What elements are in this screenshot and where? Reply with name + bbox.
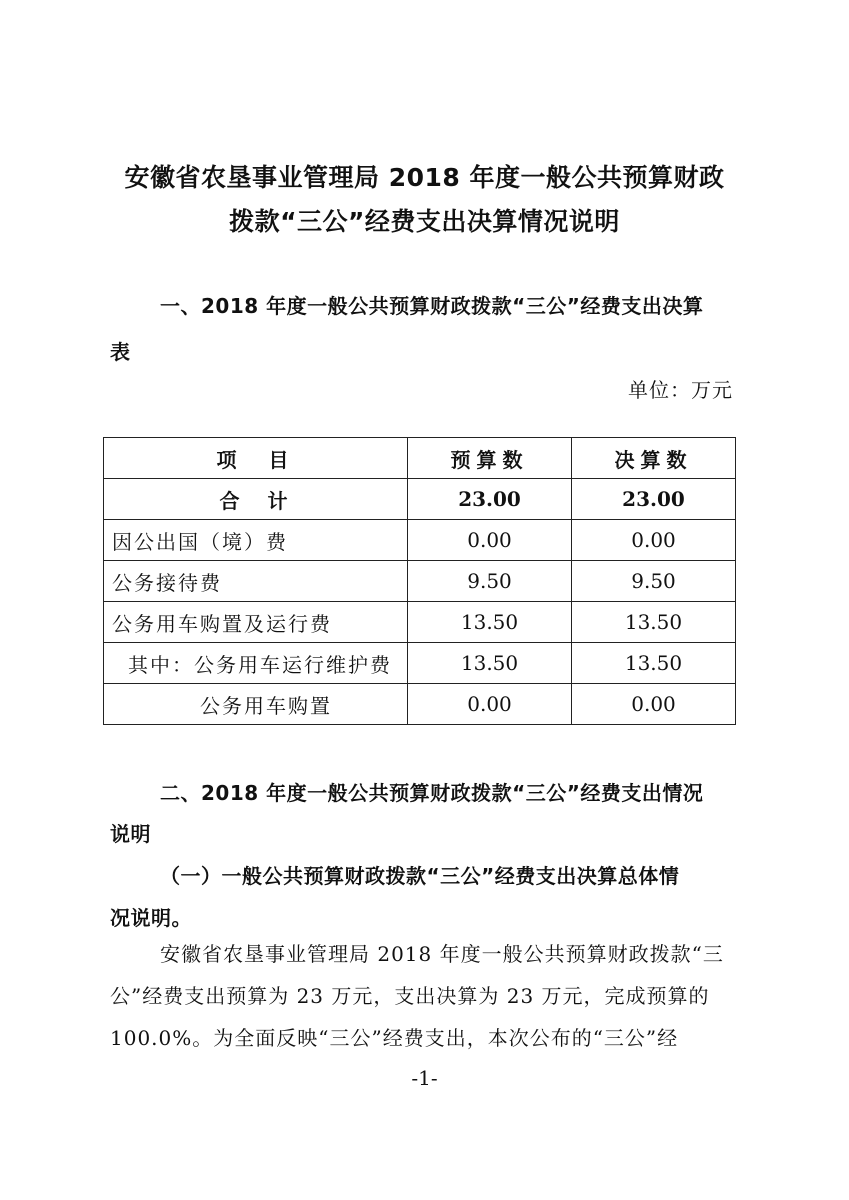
section1-heading-line2: 表 xyxy=(110,336,131,365)
header-actual: 决算数 xyxy=(572,438,736,479)
section1-heading-line1: 一、2018 年度一般公共预算财政拨款“三公”经费支出决算 xyxy=(160,290,703,319)
cell-actual: 23.00 xyxy=(572,479,736,520)
unit-label: 单位：万元 xyxy=(628,374,733,403)
cell-budget: 0.00 xyxy=(408,520,572,561)
cell-budget: 9.50 xyxy=(408,561,572,602)
section2-heading-line2: 说明 xyxy=(110,818,151,847)
paragraph-line2: 公”经费支出预算为 23 万元，支出决算为 23 万元，完成预算的 xyxy=(110,980,710,1009)
cell-item: 公务用车购置及运行费 xyxy=(104,602,408,643)
cell-budget: 0.00 xyxy=(408,684,572,725)
document-title-line1: 安徽省农垦事业管理局 2018 年度一般公共预算财政 xyxy=(0,158,849,194)
header-item: 项 目 xyxy=(104,438,408,479)
paragraph-line1: 安徽省农垦事业管理局 2018 年度一般公共预算财政拨款“三 xyxy=(160,938,724,967)
subsection1-heading-line1: （一）一般公共预算财政拨款“三公”经费支出决算总体情 xyxy=(160,860,679,889)
budget-table: 项 目 预算数 决算数 合 计 23.00 23.00 因公出国（境）费 0.0… xyxy=(103,437,736,725)
page-number: -1- xyxy=(0,1066,849,1090)
cell-budget: 13.50 xyxy=(408,602,572,643)
table-header-row: 项 目 预算数 决算数 xyxy=(104,438,736,479)
cell-item: 合 计 xyxy=(104,479,408,520)
table-row: 因公出国（境）费 0.00 0.00 xyxy=(104,520,736,561)
cell-actual: 13.50 xyxy=(572,643,736,684)
table-row-total: 合 计 23.00 23.00 xyxy=(104,479,736,520)
table-row: 公务用车购置及运行费 13.50 13.50 xyxy=(104,602,736,643)
cell-budget: 23.00 xyxy=(408,479,572,520)
cell-actual: 13.50 xyxy=(572,602,736,643)
subsection1-heading-line2: 况说明。 xyxy=(110,902,192,931)
cell-item: 其中：公务用车运行维护费 xyxy=(104,643,408,684)
table-row: 公务接待费 9.50 9.50 xyxy=(104,561,736,602)
cell-actual: 0.00 xyxy=(572,684,736,725)
cell-item: 公务接待费 xyxy=(104,561,408,602)
section2-heading-line1: 二、2018 年度一般公共预算财政拨款“三公”经费支出情况 xyxy=(160,777,703,806)
cell-actual: 9.50 xyxy=(572,561,736,602)
table-row: 其中：公务用车运行维护费 13.50 13.50 xyxy=(104,643,736,684)
table-row: 公务用车购置 0.00 0.00 xyxy=(104,684,736,725)
cell-budget: 13.50 xyxy=(408,643,572,684)
cell-actual: 0.00 xyxy=(572,520,736,561)
cell-item: 因公出国（境）费 xyxy=(104,520,408,561)
paragraph-line3: 100.0%。为全面反映“三公”经费支出，本次公布的“三公”经 xyxy=(110,1022,678,1051)
document-title-line2: 拨款“三公”经费支出决算情况说明 xyxy=(0,202,849,238)
cell-item: 公务用车购置 xyxy=(104,684,408,725)
header-budget: 预算数 xyxy=(408,438,572,479)
